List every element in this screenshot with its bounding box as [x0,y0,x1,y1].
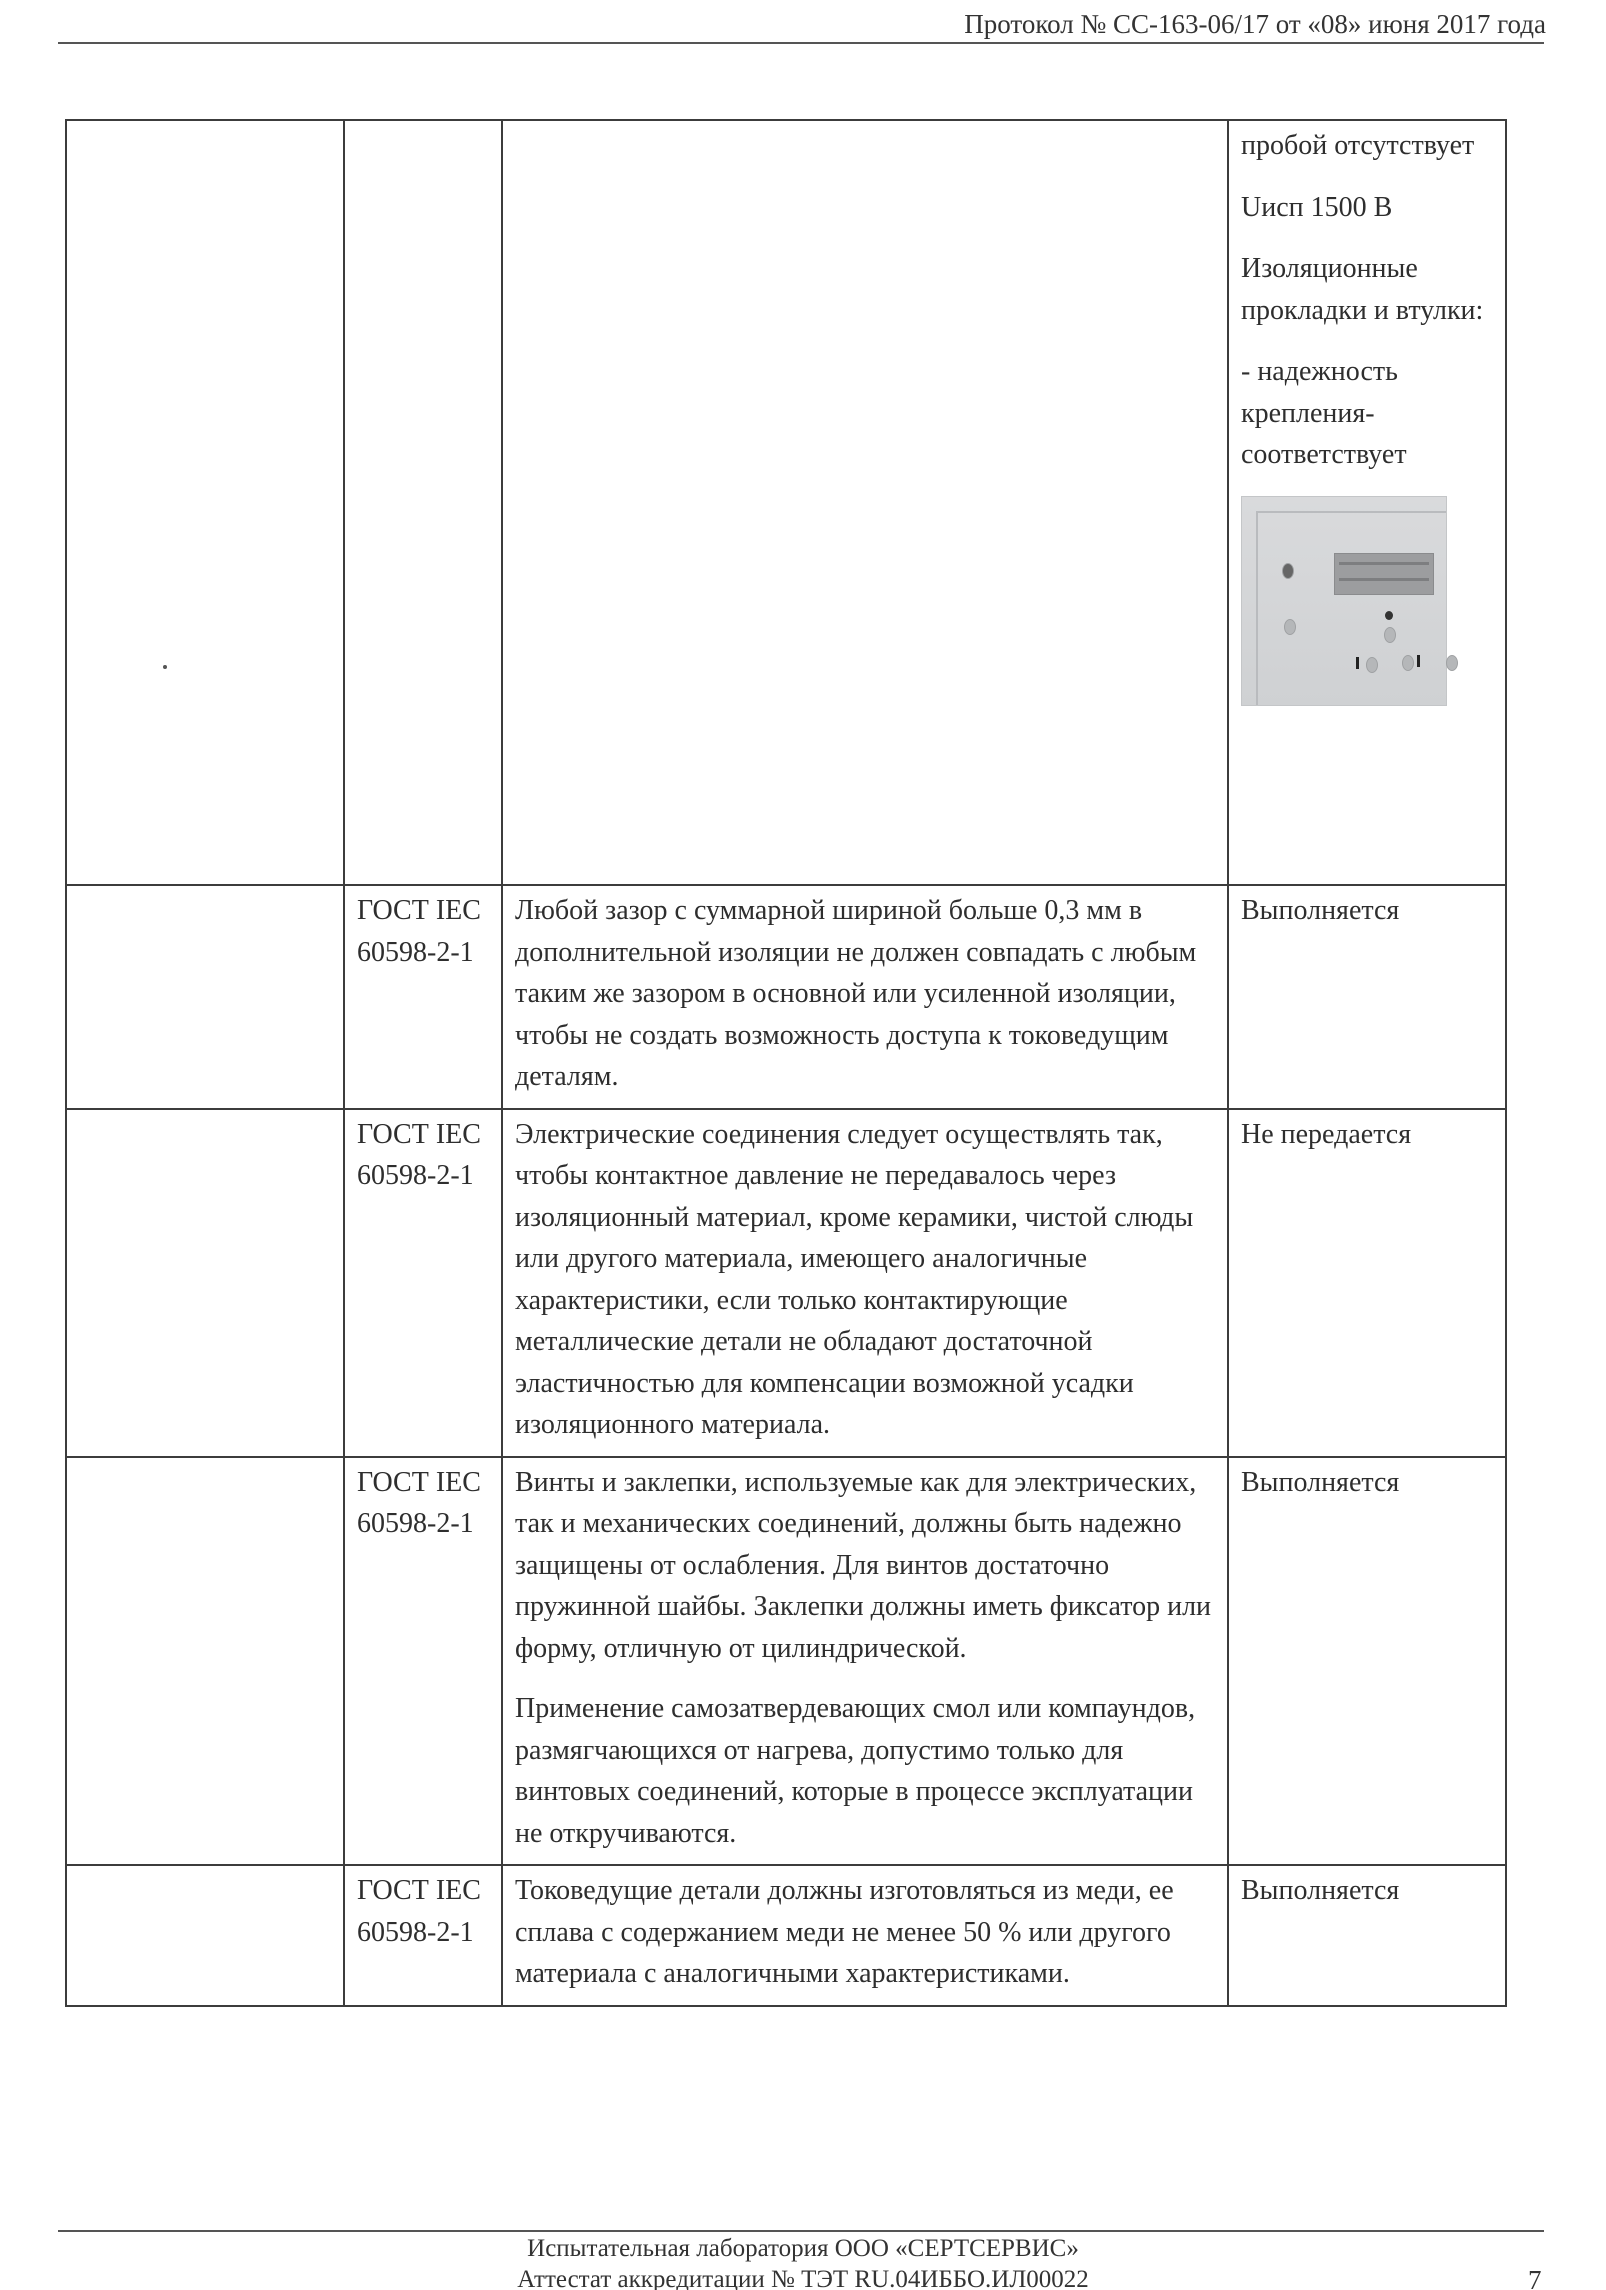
scan-speck [163,665,167,669]
page-number: 7 [1528,2265,1542,2290]
panel-button [1402,655,1414,671]
indicator-lamp [1282,563,1294,579]
result-cell: Выполняется [1228,1457,1506,1866]
panel-button [1384,627,1396,643]
standard-cell: ГОСТ IEC 60598-2-1 [344,885,502,1109]
result-text: Не передается [1241,1114,1493,1156]
panel-button [1366,657,1378,673]
requirement-cell: Электрические соединения следует осущест… [502,1109,1228,1457]
requirement-paragraph: Винты и заклепки, используемые как для э… [515,1462,1215,1670]
result-cell: Выполняется [1228,1865,1506,2006]
panel-marker [1356,657,1359,669]
panel-marker [1417,655,1420,667]
result-cell: Выполняется [1228,885,1506,1109]
table-row: ГОСТ IEC 60598-2-1Любой зазор с суммарно… [66,885,1506,1109]
result-text: Изоляционные прокладки и втулки: [1241,248,1493,331]
standard-cell [344,120,502,885]
clause-cell [66,885,344,1109]
status-led [1385,611,1393,620]
header-divider [58,42,1544,44]
footer-accreditation: Аттестат аккредитации № ТЭТ RU.04ИББО.ИЛ… [0,2265,1606,2290]
standard-cell: ГОСТ IEC 60598-2-1 [344,1109,502,1457]
requirement-cell [502,120,1228,885]
equipment-photo [1241,496,1447,706]
footer-lab-name: Испытательная лаборатория ООО «СЕРТСЕРВИ… [0,2234,1606,2264]
requirement-paragraph: Любой зазор с суммарной шириной больше 0… [515,890,1215,1098]
panel-button [1446,655,1458,671]
requirement-cell: Любой зазор с суммарной шириной больше 0… [502,885,1228,1109]
requirement-paragraph: Токоведущие детали должны изготовляться … [515,1870,1215,1995]
clause-cell [66,1109,344,1457]
clause-cell [66,1457,344,1866]
requirement-cell: Винты и заклепки, используемые как для э… [502,1457,1228,1866]
table-row: пробой отсутствуетUисп 1500 ВИзоляционны… [66,120,1506,885]
result-cell: пробой отсутствуетUисп 1500 ВИзоляционны… [1228,120,1506,885]
requirement-paragraph: Электрические соединения следует осущест… [515,1114,1215,1446]
result-text: Выполняется [1241,890,1493,932]
table-row: ГОСТ IEC 60598-2-1Токоведущие детали дол… [66,1865,1506,2006]
clause-cell [66,120,344,885]
requirement-cell: Токоведущие детали должны изготовляться … [502,1865,1228,2006]
result-text: Выполняется [1241,1462,1493,1504]
result-cell: Не передается [1228,1109,1506,1457]
result-text: - надежность крепления- соответствует [1241,351,1493,476]
panel-frame [1256,511,1446,705]
lcd-display [1334,553,1434,595]
table-row: ГОСТ IEC 60598-2-1Винты и заклепки, испо… [66,1457,1506,1866]
requirements-table: пробой отсутствуетUисп 1500 ВИзоляционны… [65,119,1507,2007]
clause-cell [66,1865,344,2006]
protocol-header-title: Протокол № СС-163-06/17 от «08» июня 201… [964,8,1546,40]
panel-button [1284,619,1296,635]
standard-cell: ГОСТ IEC 60598-2-1 [344,1457,502,1866]
footer-divider [58,2230,1544,2232]
requirement-paragraph: Применение самозатвердевающих смол или к… [515,1688,1215,1854]
standard-cell: ГОСТ IEC 60598-2-1 [344,1865,502,2006]
table-row: ГОСТ IEC 60598-2-1Электрические соединен… [66,1109,1506,1457]
result-text: пробой отсутствует [1241,125,1493,167]
result-text: Uисп 1500 В [1241,187,1493,229]
result-text: Выполняется [1241,1870,1493,1912]
